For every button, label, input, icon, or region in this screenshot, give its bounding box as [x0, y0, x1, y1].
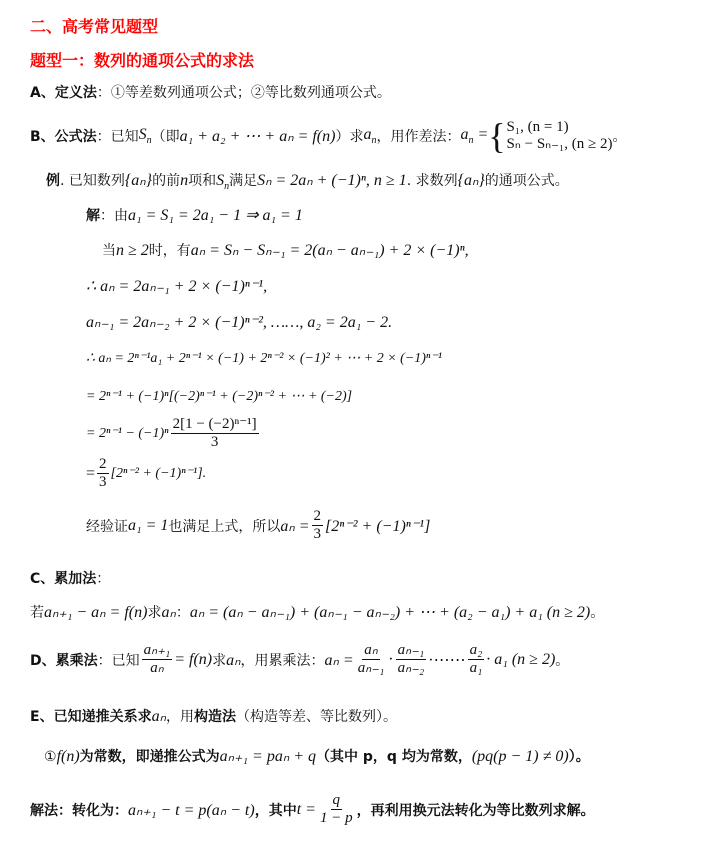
method-d: D、累乘法：已知 aₙ₊₁aₙ = f(n)求aₙ，用累乘法：aₙ = aₙaₙ…	[30, 642, 569, 677]
text: 。	[613, 126, 627, 146]
math: an =	[460, 126, 488, 146]
numerator: a₂	[468, 642, 485, 660]
numerator: aₙ	[362, 642, 379, 660]
math: aₙ₊₁ − aₙ = f(n)	[44, 604, 147, 621]
example: 例. 已知数列{aₙ}的前n项和Sn满足Sₙ = 2aₙ + (−1)ⁿ, n …	[46, 170, 569, 192]
math: ·⋯⋯	[428, 650, 465, 670]
math: t =	[297, 801, 316, 819]
math: a₁ + a₂ + ⋯ + aₙ = f(n)	[180, 126, 336, 146]
solution-line-6: = 2ⁿ⁻¹ + (−1)ⁿ[(−2)ⁿ⁻¹ + (−2)ⁿ⁻² + ⋯ + (…	[86, 388, 352, 405]
fraction: aₙ₊₁aₙ	[142, 642, 173, 677]
text: 为常数，即递推公式为	[80, 749, 220, 765]
math: aₙ =	[325, 650, 354, 670]
math: aₙ = (aₙ − aₙ₋₁) + (aₙ₋₁ − aₙ₋₂) + ⋯ + (…	[190, 604, 590, 621]
text: 求	[147, 605, 161, 621]
text: 若	[30, 605, 44, 621]
math: n	[180, 172, 188, 189]
method-c-heading: C、累加法：	[30, 568, 110, 588]
text: 也满足上式，所以	[168, 516, 280, 536]
solution-line-2: 当n ≥ 2时，有aₙ = Sₙ − Sₙ₋₁ = 2(aₙ − aₙ₋₁) +…	[102, 240, 469, 260]
method-b-label: B、公式法	[30, 126, 97, 146]
text: ，用	[166, 709, 194, 725]
solution-label: 解法：转化为：	[30, 800, 128, 820]
math: aₙ	[152, 708, 166, 725]
math: aₙ =	[280, 516, 309, 536]
math: f(n)	[57, 748, 80, 765]
math: Sn	[216, 172, 229, 189]
section-title: 二、高考常见题型	[30, 14, 158, 37]
solution-line-4: aₙ₋₁ = 2aₙ₋₂ + 2 × (−1)ⁿ⁻², ……, a₂ = 2a₁…	[86, 312, 392, 332]
solution-line-1: 解：由a₁ = S₁ = 2a₁ − 1 ⇒ a₁ = 1	[86, 205, 303, 225]
text: ①	[44, 749, 57, 765]
case-2: Sₙ − Sₙ₋₁, (n ≥ 2)	[507, 136, 613, 153]
denominator: 3	[97, 474, 109, 491]
solution-label: 解	[86, 208, 100, 224]
denominator: aₙ₋₁	[356, 660, 387, 677]
math: n ≥ 2	[116, 242, 149, 259]
math: =	[86, 465, 95, 483]
numerator: 2	[312, 508, 324, 526]
math: aₙ = Sₙ − Sₙ₋₁ = 2(aₙ − aₙ₋₁) + 2 × (−1)…	[191, 242, 469, 259]
text: ）。	[569, 749, 590, 765]
math: [2ⁿ⁻² + (−1)ⁿ⁻¹]	[325, 516, 430, 536]
math: = f(n)	[174, 651, 212, 669]
solution-verify: 经验证a₁ = 1也满足上式，所以aₙ = 23 [2ⁿ⁻² + (−1)ⁿ⁻¹…	[86, 508, 430, 543]
text: （其中 p，q 均为常数，	[316, 749, 472, 765]
numerator: aₙ₊₁	[142, 642, 173, 660]
math: [2ⁿ⁻² + (−1)ⁿ⁻¹].	[111, 465, 207, 482]
text: ：	[176, 605, 190, 621]
denominator: 3	[312, 526, 324, 543]
text: 时，有	[149, 243, 191, 259]
denominator: 3	[209, 434, 221, 451]
method-a: A、定义法：①等差数列通项公式；②等比数列通项公式。	[30, 82, 391, 102]
method-d-label: D、累乘法	[30, 650, 98, 670]
numerator: aₙ₋₁	[396, 642, 427, 660]
method-b: B、公式法 ：已知 Sn （即 a₁ + a₂ + ⋯ + aₙ = f(n) …	[30, 118, 627, 154]
fraction: 23	[312, 508, 324, 543]
method-e-label: E、已知递推关系求	[30, 709, 152, 725]
solution-line-8: = 23 [2ⁿ⁻² + (−1)ⁿ⁻¹].	[86, 456, 206, 491]
text: 求	[212, 650, 226, 670]
method-e-solution: 解法：转化为：aₙ₊₁ − t = p(aₙ − t)，其中t = q1 − p…	[30, 792, 595, 827]
math: aₙ₊₁ − t = p(aₙ − t)	[128, 800, 255, 820]
text: 的前	[152, 173, 180, 189]
fraction: q1 − p	[318, 792, 355, 827]
method-c-label: C、累加法	[30, 571, 96, 587]
math: Sₙ = 2aₙ + (−1)ⁿ, n ≥ 1	[257, 172, 407, 189]
text: ：	[96, 571, 110, 587]
case-1: S₁, (n = 1)	[507, 119, 613, 136]
text: 的通项公式。	[485, 173, 569, 189]
text: ，再利用换元法转化为等比数列求解。	[357, 800, 595, 820]
math: an	[363, 126, 376, 146]
text: ）求	[335, 126, 363, 146]
solution-line-3: ∴ aₙ = 2aₙ₋₁ + 2 × (−1)ⁿ⁻¹,	[86, 276, 267, 296]
method-e: E、已知递推关系求aₙ，用构造法（构造等差、等比数列）。	[30, 706, 397, 726]
text: 当	[102, 243, 116, 259]
text: 项和	[188, 173, 216, 189]
fraction: a₂a₁	[468, 642, 485, 677]
fraction: aₙ₋₁aₙ₋₂	[396, 642, 427, 677]
text: ，用作差法：	[376, 126, 460, 146]
text: ：由	[100, 208, 128, 224]
text: 满足	[229, 173, 257, 189]
denominator: aₙ	[148, 660, 165, 677]
denominator: aₙ₋₂	[396, 660, 427, 677]
text: 。	[555, 650, 569, 670]
math: aₙ	[226, 650, 240, 670]
method-a-text: ：①等差数列通项公式；②等比数列通项公式。	[97, 85, 391, 101]
text: ：已知	[97, 126, 139, 146]
method-c-formula: 若aₙ₊₁ − aₙ = f(n)求aₙ：aₙ = (aₙ − aₙ₋₁) + …	[30, 602, 604, 622]
math: (pq(p − 1) ≠ 0)	[472, 748, 569, 765]
example-label: 例	[46, 173, 60, 189]
text: 经验证	[86, 516, 128, 536]
math: Sn	[139, 126, 152, 146]
denominator: 1 − p	[318, 810, 355, 827]
text: （构造等差、等比数列）。	[236, 709, 397, 725]
math: {aₙ}	[458, 172, 485, 189]
fraction: 2[1 − (−2)ⁿ⁻¹]3	[171, 416, 259, 451]
solution-line-7: = 2ⁿ⁻¹ − (−1)ⁿ 2[1 − (−2)ⁿ⁻¹]3	[86, 416, 261, 451]
fraction: 23	[97, 456, 109, 491]
numerator: 2	[97, 456, 109, 474]
text: ：已知	[98, 650, 140, 670]
fraction: aₙaₙ₋₁	[356, 642, 387, 677]
text: 。	[590, 605, 604, 621]
math: aₙ	[161, 604, 175, 621]
topic-title: 题型一：数列的通项公式的求法	[30, 48, 254, 71]
math: a₁ = 1	[128, 517, 168, 535]
denominator: a₁	[468, 660, 485, 677]
text: （即	[152, 126, 180, 146]
math: a₁ = S₁ = 2a₁ − 1 ⇒ a₁ = 1	[128, 207, 303, 224]
method-e-item-1: ①f(n)为常数，即递推公式为aₙ₊₁ = paₙ + q（其中 p，q 均为常…	[44, 746, 590, 766]
numerator: 2[1 − (−2)ⁿ⁻¹]	[171, 416, 259, 434]
piecewise: { S₁, (n = 1)Sₙ − Sₙ₋₁, (n ≥ 2)	[488, 118, 612, 154]
solution-line-5: ∴ aₙ = 2ⁿ⁻¹a₁ + 2ⁿ⁻¹ × (−1) + 2ⁿ⁻² × (−1…	[86, 350, 442, 367]
text: . 求数列	[407, 173, 458, 189]
math: {aₙ}	[125, 172, 152, 189]
text: ，其中	[255, 800, 297, 820]
text: ，用累乘法：	[241, 650, 325, 670]
numerator: q	[331, 792, 343, 810]
math: = 2ⁿ⁻¹ − (−1)ⁿ	[86, 425, 169, 442]
method-a-label: A、定义法	[30, 85, 97, 101]
text: S	[139, 126, 147, 143]
math: ·	[388, 651, 393, 669]
method-name: 构造法	[194, 709, 236, 725]
text: . 已知数列	[60, 173, 125, 189]
brace-icon: {	[488, 118, 505, 154]
math: aₙ₊₁ = paₙ + q	[220, 748, 316, 765]
math: · a₁ (n ≥ 2)	[486, 651, 555, 669]
